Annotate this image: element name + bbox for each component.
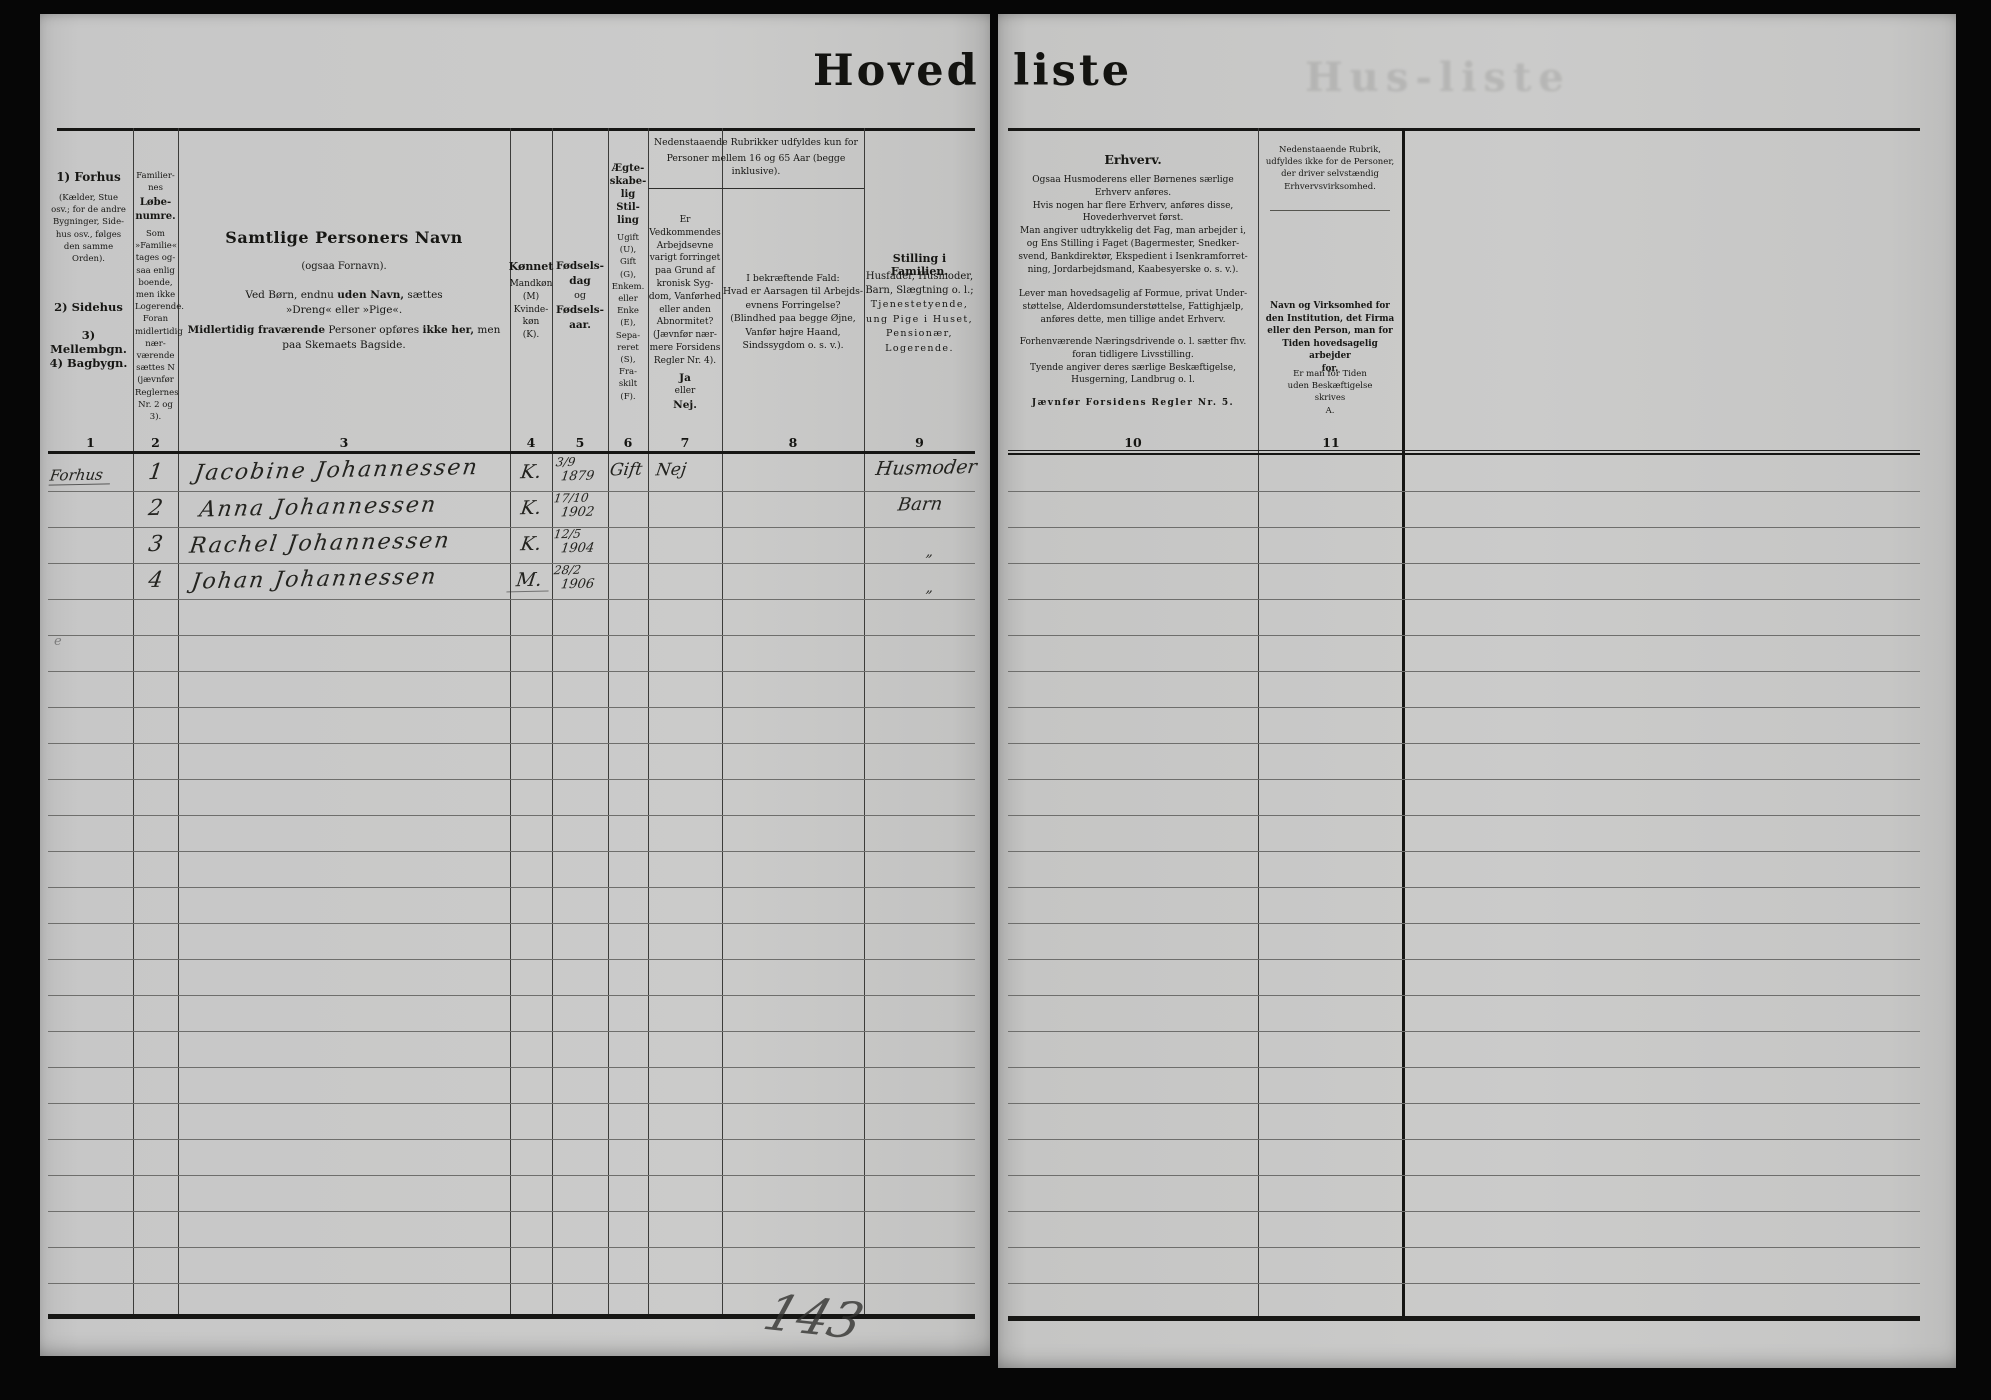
- text-line: Husgerning, Landbrug o. l.: [1010, 374, 1256, 387]
- col11-divider: [1270, 210, 1390, 211]
- ruled-line: [1008, 779, 1920, 780]
- text-segment: men: [474, 324, 500, 336]
- col1-note: (Kælder, Stueosv.; for de andreBygninger…: [44, 192, 133, 265]
- col7-lines: ErVedkommendesArbejdsevnevarigt forringe…: [646, 214, 724, 368]
- ruled-line: [48, 635, 975, 636]
- text-line: Erhvervsvirksomhed.: [1260, 181, 1400, 193]
- text-line: Tyende angiver deres særlige Beskæftigel…: [1010, 362, 1256, 375]
- text-line: (jævnfør: [135, 374, 176, 386]
- ruled-line: [48, 491, 975, 492]
- span-header-divider: [648, 188, 864, 189]
- column-number-7: 7: [648, 435, 722, 450]
- text-line: Nr. 2 og 3).: [135, 399, 176, 423]
- col10-footer: Jævnfør Forsidens Regler Nr. 5.: [1010, 398, 1256, 408]
- text-line: (Jævnfør nær-: [646, 329, 724, 342]
- col4-title: Kønnet: [508, 260, 554, 273]
- column-divider: [133, 128, 134, 1316]
- ruled-line: [1008, 1067, 1920, 1068]
- text-line: Stil-: [608, 201, 648, 214]
- col7-8-span-header: Nedenstaaende Rubrikker udfyldes kun for: [648, 136, 864, 149]
- ruled-line: [1008, 491, 1920, 492]
- ruled-line: [1008, 599, 1920, 600]
- margin-mark: e: [54, 634, 62, 649]
- text-line: støttelse, Alderdomsunderstøttelse, Fatt…: [1010, 301, 1256, 314]
- col5-line: aar.: [552, 319, 608, 331]
- text-line: der driver selvstændig: [1260, 168, 1400, 180]
- ruled-line: [1008, 1139, 1920, 1140]
- ruled-line: [1008, 1175, 1920, 1176]
- page-title-left-part: Hoved: [813, 46, 980, 96]
- text-line: (F).: [608, 391, 648, 403]
- entry-marital-status: Gift: [609, 460, 644, 481]
- entry-birth-day: 12/5: [553, 527, 582, 542]
- text-line: uden Beskæftigelse: [1260, 380, 1400, 392]
- text-segment: Midlertidig fraværende: [188, 324, 325, 336]
- ruled-line: [48, 887, 975, 888]
- text-line: Løbe-: [135, 196, 176, 210]
- scan-background: 1) Forhus (Kælder, Stueosv.; for de andr…: [0, 0, 1991, 1400]
- col2-header-bold: Løbe-numre.: [135, 196, 176, 224]
- entry-family-ditto: „: [925, 544, 934, 560]
- col9-lines: Husfader, Husmoder,Barn, Slægtning o. l.…: [864, 270, 975, 297]
- text-segment: Personer opføres: [325, 324, 422, 336]
- text-line: Vedkommendes: [646, 227, 724, 240]
- entry-birth-day: 17/10: [553, 491, 590, 506]
- col3-subtitle: (ogsaa Fornavn).: [178, 260, 510, 274]
- entry-name: Jacobine Johannessen: [193, 455, 481, 486]
- text-line: Logerende.: [135, 301, 176, 313]
- text-line: (U),: [608, 244, 648, 256]
- text-line: tages og-: [135, 252, 176, 264]
- text-line: Tjenestetyende,: [864, 298, 975, 313]
- ruled-line: [1008, 1031, 1920, 1032]
- col3-line: paa Skemaets Bagside.: [178, 338, 510, 352]
- col8-lines: I bekræftende Fald:Hvad er Aarsagen til …: [722, 272, 864, 352]
- ruled-line: [48, 923, 975, 924]
- text-line: Gift: [608, 256, 648, 268]
- text-line: Foran: [135, 313, 176, 325]
- text-line: Hvad er Aarsagen til Arbejds-: [722, 285, 864, 298]
- text-line: Forhenværende Næringsdrivende o. l. sætt…: [1010, 336, 1256, 349]
- text-line: varigt forringet: [646, 252, 724, 265]
- column-number-9: 9: [864, 435, 975, 450]
- entry-number: 4: [131, 568, 180, 594]
- table-top-rule: [1008, 128, 1920, 131]
- col4-lines: Mandkøn(M)Kvinde-køn(K).: [508, 278, 554, 342]
- text-line: mere Forsidens: [646, 342, 724, 355]
- table-bottom-rule: [1008, 1316, 1920, 1321]
- column-number-4: 4: [510, 435, 552, 450]
- text-line: men ikke: [135, 289, 176, 301]
- col7-nej: Nej.: [648, 399, 722, 411]
- header-bottom-rule: [1008, 450, 1920, 451]
- entry-birth-year: 1902: [560, 505, 595, 521]
- col3-line: Ved Børn, endnu uden Navn, sættes: [178, 288, 510, 302]
- text-line: Nedenstaaende Rubrik,: [1260, 144, 1400, 156]
- ruled-line: [1008, 1283, 1920, 1284]
- page-title-right-part: liste: [1013, 46, 1132, 96]
- ruled-line: [48, 671, 975, 672]
- column-divider: [1258, 128, 1259, 1319]
- column-11-right-border: [1402, 128, 1405, 1319]
- text-line: Navn og Virksomhed for: [1260, 300, 1400, 313]
- text-line: Orden).: [44, 253, 133, 265]
- text-line: Logerende.: [864, 342, 975, 357]
- ruled-line: [48, 779, 975, 780]
- text-line: evnens Forringelse?: [722, 299, 864, 312]
- ruled-line: [1008, 635, 1920, 636]
- text-line: paa Grund af: [646, 265, 724, 278]
- ruled-line: [1008, 1247, 1920, 1248]
- text-line: reret: [608, 342, 648, 354]
- text-line: Regler Nr. 4).: [646, 355, 724, 368]
- table-top-rule: [57, 128, 975, 131]
- text-line: Vanfør højre Haand,: [722, 326, 864, 339]
- text-line: anføres dette, men tillige andet Erhverv…: [1010, 314, 1256, 327]
- col2-note: Som»Familie«tages og-saa enligboende,men…: [135, 228, 176, 423]
- text-line: den samme: [44, 241, 133, 253]
- col11-bottom-text: Er man for Tidenuden Beskæftigelseskrive…: [1260, 368, 1400, 417]
- text-line: (E),: [608, 317, 648, 329]
- text-line: boende,: [135, 277, 176, 289]
- text-line: Tiden hovedsagelig arbejder: [1260, 338, 1400, 363]
- entry-name: Anna Johannessen: [198, 493, 439, 523]
- col10-title: Erhverv.: [1008, 152, 1258, 167]
- col7-ja: Ja: [648, 372, 722, 384]
- entry-work-reduced: Nej: [655, 460, 688, 481]
- ruled-line: [48, 563, 975, 564]
- text-line: (Blindhed paa begge Øjne,: [722, 312, 864, 325]
- col10-para2: Lever man hovedsagelig af Formue, privat…: [1010, 288, 1256, 326]
- text-line: (K).: [508, 329, 554, 342]
- ruled-line: [48, 1067, 975, 1068]
- entry-sex: K.: [508, 497, 553, 520]
- col5-line: Fødsels-: [552, 304, 608, 316]
- col3-title: Samtlige Personers Navn: [178, 228, 510, 247]
- text-line: lig: [608, 188, 648, 201]
- text-line: (G),: [608, 269, 648, 281]
- text-line: skrives: [1260, 392, 1400, 404]
- ruled-line: [1008, 851, 1920, 852]
- text-line: Er: [646, 214, 724, 227]
- text-line: »Familie«: [135, 240, 176, 252]
- text-line: udfyldes ikke for de Personer,: [1260, 156, 1400, 168]
- col3-line: Midlertidig fraværende Personer opføres …: [178, 323, 510, 337]
- ruled-line: [48, 1211, 975, 1212]
- col7-eller: eller: [648, 386, 722, 396]
- text-line: A.: [1260, 405, 1400, 417]
- col5-line: Fødsels-: [552, 260, 608, 272]
- ruled-line: [1008, 527, 1920, 528]
- text-line: skilt: [608, 378, 648, 390]
- text-line: nes: [135, 182, 176, 194]
- column-number-2: 2: [133, 435, 178, 450]
- entry-birth-day: 3/9: [555, 455, 576, 469]
- text-line: køn: [508, 316, 554, 329]
- text-line: kronisk Syg-: [646, 278, 724, 291]
- text-line: Arbejdsevne: [646, 240, 724, 253]
- text-line: osv.; for de andre: [44, 204, 133, 216]
- col7-8-span-header: Personer mellem 16 og 65 Aar (begge inkl…: [648, 152, 864, 179]
- entry-sex: K.: [508, 533, 553, 556]
- text-line: Hovederhvervet først.: [1010, 212, 1256, 225]
- text-line: midlertidig: [135, 326, 176, 338]
- text-line: svend, Bankdirektør, Ekspedient i Isenkr…: [1010, 251, 1256, 264]
- text-line: Pensionær,: [864, 327, 975, 342]
- col3-line: »Dreng« eller »Pige«.: [178, 303, 510, 317]
- text-line: Abnormitet?: [646, 316, 724, 329]
- text-segment: Ved Børn, endnu: [245, 289, 337, 301]
- text-line: Man angiver udtrykkelig det Fag, man arb…: [1010, 225, 1256, 238]
- entry-sex: K.: [508, 461, 553, 484]
- text-line: Bygninger, Side-: [44, 216, 133, 228]
- column-number-11: 11: [1260, 435, 1402, 450]
- ruled-line: [1008, 1211, 1920, 1212]
- entry-number: 2: [131, 496, 180, 522]
- column-number-6: 6: [608, 435, 648, 450]
- text-line: Som: [135, 228, 176, 240]
- text-line: skabe-: [608, 175, 648, 188]
- entry-number: 3: [131, 532, 180, 558]
- ruled-line: [48, 1175, 975, 1176]
- ruled-line: [1008, 959, 1920, 960]
- entry-birth-year: 1906: [560, 577, 595, 593]
- entry-family-position: Husmoder: [874, 456, 978, 480]
- text-line: dom, Vanførhed: [646, 291, 724, 304]
- col10-para1: Ogsaa Husmoderens eller Børnenes særlige…: [1010, 174, 1256, 276]
- ruled-line: [1008, 1103, 1920, 1104]
- ruled-line: [48, 1283, 975, 1284]
- entry-house-type: Forhus: [49, 465, 113, 485]
- column-number-3: 3: [178, 435, 510, 450]
- ruled-line: [48, 707, 975, 708]
- text-line: Sindssygdom o. s. v.).: [722, 339, 864, 352]
- ruled-line: [48, 1031, 975, 1032]
- text-line: Familier-: [135, 170, 176, 182]
- text-line: foran tidligere Livsstilling.: [1010, 349, 1256, 362]
- text-line: Sepa-: [608, 330, 648, 342]
- col5-line: dag: [552, 275, 608, 287]
- col1-header-item: 3) Mellembgn.: [44, 328, 133, 356]
- col5-line: og: [552, 290, 608, 301]
- ruled-line: [1008, 815, 1920, 816]
- ruled-line: [48, 743, 975, 744]
- text-line: eller anden: [646, 304, 724, 317]
- text-line: Ogsaa Husmoderens eller Børnenes særlige: [1010, 174, 1256, 187]
- col11-main-text: Navn og Virksomhed forden Institution, d…: [1260, 300, 1400, 376]
- col9-spaced-lines: Tjenestetyende,ung Pige i Huset,Pensionæ…: [864, 298, 975, 356]
- col1-header-item: 4) Bagbygn.: [46, 356, 131, 370]
- entry-family-position: Barn: [896, 494, 943, 516]
- pencil-note: 143: [757, 1284, 870, 1350]
- column-number-10: 10: [1008, 435, 1258, 450]
- column-number-8: 8: [722, 435, 864, 450]
- text-line: ung Pige i Huset,: [864, 313, 975, 328]
- text-line: numre.: [135, 210, 176, 224]
- text-segment: uden Navn,: [337, 289, 404, 301]
- text-line: Enkem.: [608, 281, 648, 293]
- col10-para3: Forhenværende Næringsdrivende o. l. sætt…: [1010, 336, 1256, 387]
- text-line: hus osv., følges: [44, 229, 133, 241]
- col2-header: Familier-nes: [135, 170, 176, 194]
- text-line: ling: [608, 214, 648, 227]
- text-line: eller den Person, man for: [1260, 325, 1400, 338]
- ruled-line: [48, 1247, 975, 1248]
- text-line: værende: [135, 350, 176, 362]
- text-line: Barn, Slægtning o. l.;: [864, 284, 975, 298]
- entry-birth-year: 1904: [560, 541, 595, 557]
- ruled-line: [1008, 995, 1920, 996]
- text-segment: ikke her,: [422, 324, 474, 336]
- col6-title: Ægte-skabe-ligStil-ling: [608, 162, 648, 227]
- ruled-line: [1008, 671, 1920, 672]
- ruled-line: [48, 815, 975, 816]
- text-line: (S),: [608, 354, 648, 366]
- column-number-1: 1: [48, 435, 133, 450]
- text-line: Hvis nogen har flere Erhverv, anføres di…: [1010, 200, 1256, 213]
- col6-lines: Ugift(U),Gift(G),Enkem.ellerEnke(E),Sepa…: [608, 232, 648, 403]
- ruled-line: [48, 1139, 975, 1140]
- entry-number: 1: [131, 460, 180, 486]
- ruled-line: [48, 995, 975, 996]
- text-line: og Ens Stilling i Faget (Bagermester, Sn…: [1010, 238, 1256, 251]
- entry-birth-day: 28/2: [553, 563, 582, 578]
- column-number-5: 5: [552, 435, 608, 450]
- ruled-line: [48, 1103, 975, 1104]
- entry-birth-year: 1879: [560, 469, 595, 485]
- text-line: ning, Jordarbejdsmand, Kaabesyerske o. s…: [1010, 264, 1256, 277]
- ruled-line: [1008, 743, 1920, 744]
- text-line: Kvinde-: [508, 304, 554, 317]
- bleedthrough-ghost-text: Hus-liste: [1305, 54, 1571, 101]
- text-line: den Institution, det Firma: [1260, 313, 1400, 326]
- text-line: Lever man hovedsagelig af Formue, privat…: [1010, 288, 1256, 301]
- ruled-line: [48, 851, 975, 852]
- ruled-line: [48, 527, 975, 528]
- text-segment: sættes: [404, 289, 443, 301]
- text-line: nær-: [135, 338, 176, 350]
- ruled-line: [48, 959, 975, 960]
- text-line: Ugift: [608, 232, 648, 244]
- col1-header-item: 2) Sidehus: [46, 300, 131, 314]
- ruled-line: [1008, 923, 1920, 924]
- text-line: Husfader, Husmoder,: [864, 270, 975, 284]
- text-line: Er man for Tiden: [1260, 368, 1400, 380]
- col11-top-note: Nedenstaaende Rubrik,udfyldes ikke for d…: [1260, 144, 1400, 193]
- text-line: (Kælder, Stue: [44, 192, 133, 204]
- text-line: (M): [508, 291, 554, 304]
- right-page: Erhverv. Ogsaa Husmoderens eller Børnene…: [998, 14, 1956, 1368]
- text-line: saa enlig: [135, 265, 176, 277]
- text-line: I bekræftende Fald:: [722, 272, 864, 285]
- ruled-line: [1008, 563, 1920, 564]
- text-line: Mandkøn: [508, 278, 554, 291]
- entry-name: Rachel Johannessen: [188, 528, 452, 558]
- entry-name: Johan Johannessen: [190, 564, 439, 594]
- ruled-line: [1008, 887, 1920, 888]
- text-line: eller: [608, 293, 648, 305]
- col1-header-item: 1) Forhus: [46, 170, 131, 184]
- text-line: Reglernes: [135, 387, 176, 399]
- text-line: Enke: [608, 305, 648, 317]
- ruled-line: [1008, 707, 1920, 708]
- left-page: 1) Forhus (Kælder, Stueosv.; for de andr…: [40, 14, 990, 1356]
- ruled-line: [48, 599, 975, 600]
- header-bottom-rule: [48, 451, 975, 454]
- text-line: Fra-: [608, 366, 648, 378]
- entry-family-ditto: „: [925, 580, 934, 596]
- text-line: Erhverv anføres.: [1010, 187, 1256, 200]
- entry-sex: M.: [506, 569, 551, 593]
- header-bottom-rule: [1008, 453, 1920, 455]
- text-line: Ægte-: [608, 162, 648, 175]
- text-line: sættes N: [135, 362, 176, 374]
